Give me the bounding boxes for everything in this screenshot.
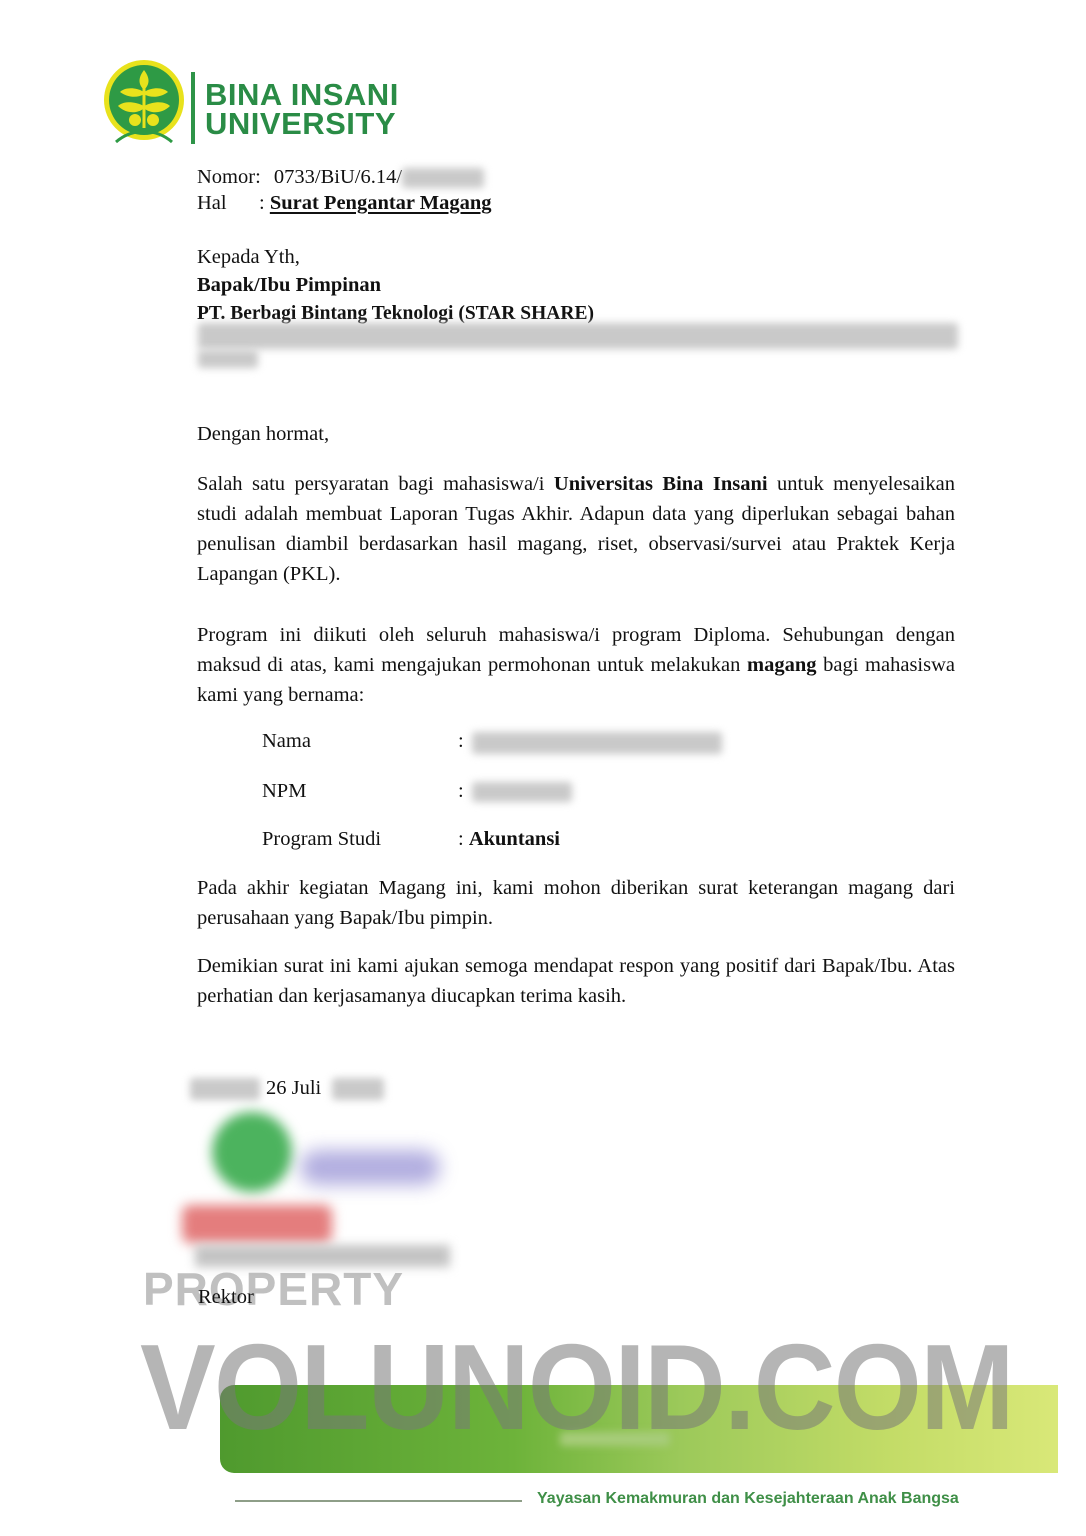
redacted-year (332, 1078, 384, 1100)
field-prodi-label: Program Studi (262, 824, 381, 854)
field-prodi-value: Akuntansi (469, 828, 560, 850)
redacted-stamp-logo (212, 1112, 292, 1192)
hal-row: Hal: Surat Pengantar Magang (197, 188, 492, 218)
redacted-nama (472, 732, 722, 754)
university-logo-emblem (102, 58, 186, 146)
field-prodi-colon: : Akuntansi (458, 824, 560, 854)
signature-date: 26 Juli (266, 1073, 321, 1103)
university-name: BINA INSANI UNIVERSITY (205, 80, 399, 138)
paragraph-4: Demikian surat ini kami ajukan semoga me… (197, 951, 955, 1011)
field-npm-label: NPM (262, 776, 306, 806)
p2-bold: magang (747, 654, 816, 676)
hal-label: Hal (197, 188, 259, 218)
field-nama-colon: : (458, 726, 464, 756)
nomor-label: Nomor (197, 166, 255, 188)
watermark-site: VOLUNOID.COM (140, 1322, 1013, 1452)
footer-foundation: Yayasan Kemakmuran dan Kesejahteraan Ana… (537, 1490, 959, 1508)
redacted-address-line1 (198, 323, 958, 349)
nomor-value: 0733/BiU/6.14/ (274, 166, 402, 188)
redacted-city (190, 1078, 260, 1100)
subject: Surat Pengantar Magang (270, 192, 492, 214)
university-name-line2: UNIVERSITY (205, 109, 399, 138)
redacted-address-line2 (198, 350, 258, 368)
field-npm-colon: : (458, 776, 464, 806)
university-name-line1: BINA INSANI (205, 80, 399, 109)
watermark-property: PROPERTY (143, 1262, 404, 1316)
redacted-nomor-year (402, 168, 484, 188)
logo-divider (191, 72, 195, 144)
p1-bold: Universitas Bina Insani (554, 473, 768, 495)
field-nama-label: Nama (262, 726, 311, 756)
footer-rule (235, 1500, 522, 1502)
colon: : (259, 192, 270, 214)
paragraph-2: Program ini diikuti oleh seluruh mahasis… (197, 620, 955, 710)
colon: : (255, 166, 261, 188)
redacted-npm (472, 782, 572, 802)
p1-text: Salah satu persyaratan bagi mahasiswa/i (197, 473, 554, 495)
redacted-signature (300, 1150, 440, 1185)
recipient-greeting: Kepada Yth, (197, 242, 300, 272)
signatory-role: Rektor (198, 1282, 254, 1312)
salutation: Dengan hormat, (197, 419, 329, 449)
redacted-signatory-name (182, 1205, 332, 1243)
recipient-title: Bapak/Ibu Pimpinan (197, 270, 381, 300)
paragraph-3: Pada akhir kegiatan Magang ini, kami moh… (197, 873, 955, 933)
paragraph-1: Salah satu persyaratan bagi mahasiswa/i … (197, 469, 955, 589)
